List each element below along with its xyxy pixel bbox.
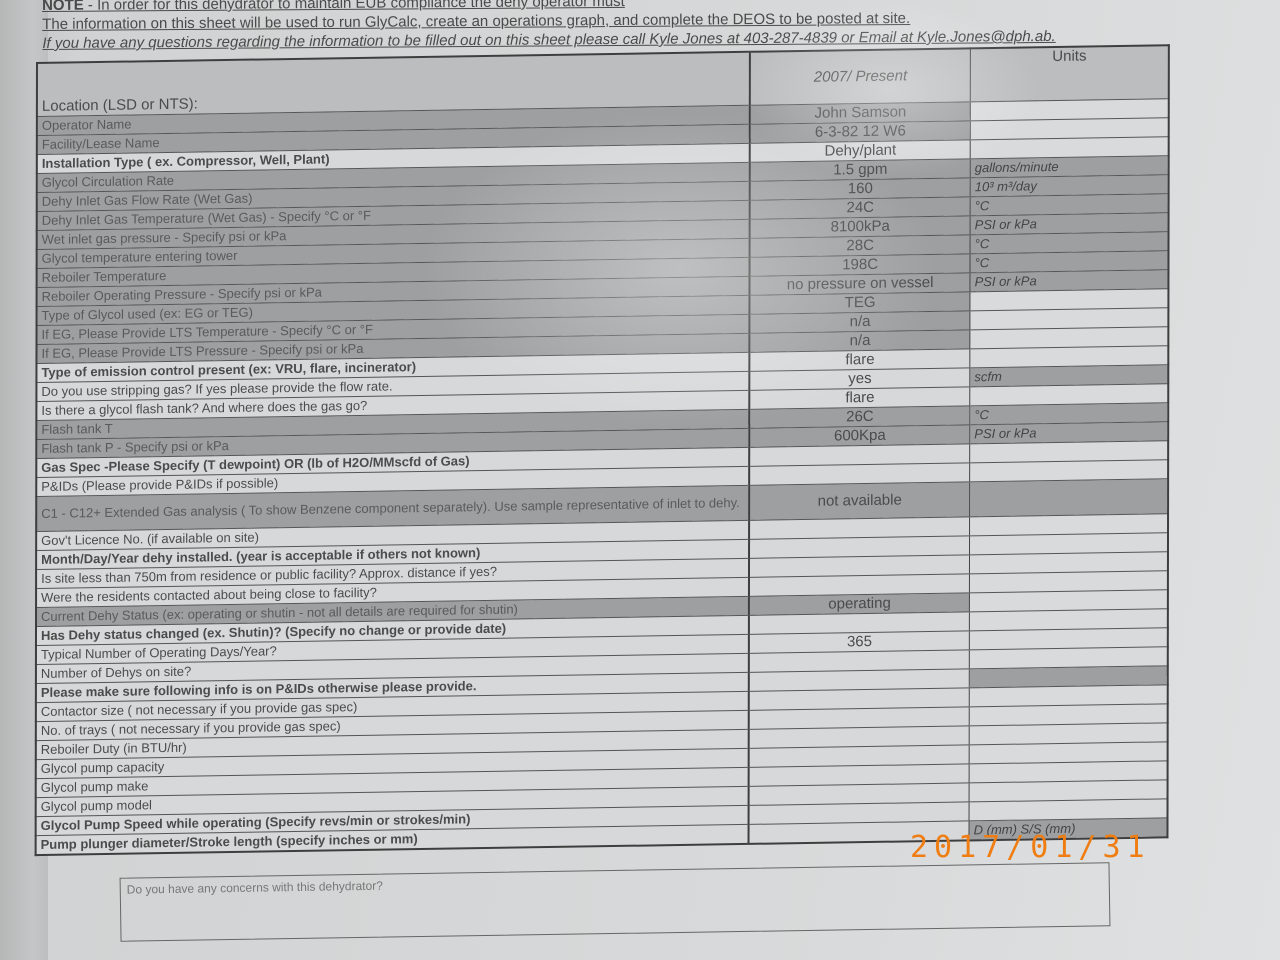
form-rows: Operator NameJohn SamsonFacility/Lease N…: [36, 99, 1169, 855]
contact-email: or Email at Kyle.Jones@dph.ab.: [837, 28, 1056, 47]
form-table: Location (LSD or NTS): 2007/ Present Uni…: [35, 44, 1170, 856]
dehydrator-form: Location (LSD or NTS): 2007/ Present Uni…: [35, 44, 1170, 856]
year-column-header: 2007/ Present: [750, 48, 971, 105]
note-block: NOTE - In order for this dehydrator to m…: [42, 0, 1202, 53]
units-column-header: Units: [970, 45, 1168, 102]
date-stamp: 2017/01/31: [910, 830, 1151, 865]
contact-phone: 403-287-4839: [744, 29, 838, 47]
concerns-label: Do you have any concerns with this dehyd…: [127, 879, 383, 897]
field-unit: [970, 479, 1168, 517]
field-value[interactable]: not available: [749, 482, 970, 520]
